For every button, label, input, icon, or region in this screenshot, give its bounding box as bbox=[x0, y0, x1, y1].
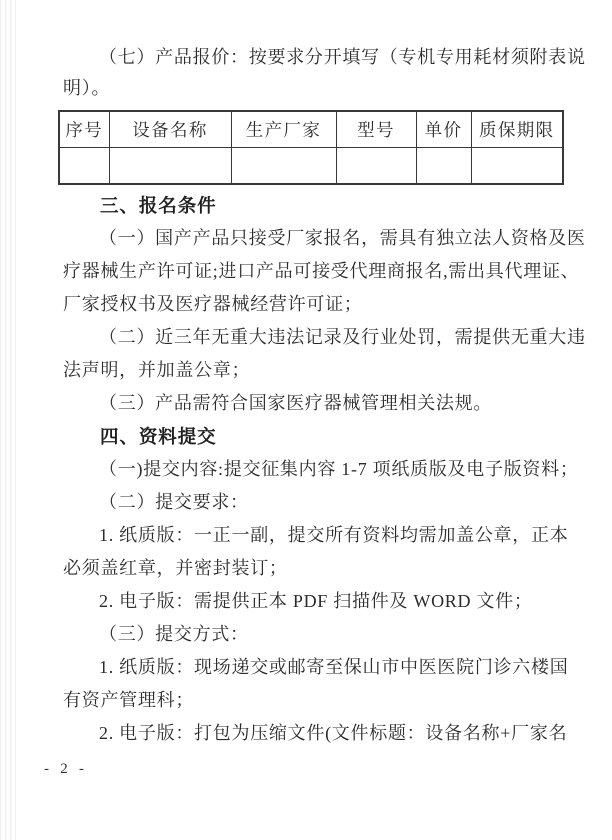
paragraph-line: 必须盖红章，并密封装订； bbox=[63, 552, 564, 585]
paragraph: 1. 纸质版：一正一副，提交所有资料均需加盖公章，正本 必须盖红章，并密封装订； bbox=[63, 519, 564, 585]
paragraph-line: （一）国产产品只接受厂家报名，需具有独立法人资格及医 bbox=[63, 222, 564, 255]
col-header-model: 型号 bbox=[336, 111, 416, 148]
paragraph-product-quote: （七）产品报价：按要求分开填写（专机专用耗材须附表说 明）。 bbox=[63, 42, 564, 104]
table-cell-empty bbox=[59, 148, 109, 185]
paragraph: （二）近三年无重大违法记录及行业处罚，需提供无重大违 法声明，并加盖公章； bbox=[63, 321, 564, 387]
document-page: （七）产品报价：按要求分开填写（专机专用耗材须附表说 明）。 序号 设备名称 生… bbox=[0, 0, 612, 840]
paragraph-line: 1. 纸质版：现场递交或邮寄至保山市中医医院门诊六楼国 bbox=[63, 651, 564, 684]
col-header-warranty: 质保期限 bbox=[471, 111, 563, 148]
table-cell-empty bbox=[471, 148, 563, 185]
paragraph-line: （一)提交内容:提交征集内容 1-7 项纸质版及电子版资料； bbox=[63, 453, 564, 486]
paragraph-line: 有资产管理科； bbox=[63, 684, 564, 717]
section-registration-conditions: 三、报名条件 （一）国产产品只接受厂家报名，需具有独立法人资格及医 疗器械生产许… bbox=[63, 189, 564, 420]
col-header-maker: 生产厂家 bbox=[231, 111, 336, 148]
col-header-device: 设备名称 bbox=[109, 111, 231, 148]
paragraph-line: 法声明，并加盖公章； bbox=[63, 354, 564, 387]
paragraph: 2. 电子版：需提供正本 PDF 扫描件及 WORD 文件； bbox=[63, 585, 564, 618]
equipment-quote-table: 序号 设备名称 生产厂家 型号 单价 质保期限 bbox=[58, 110, 564, 185]
paragraph-line: （二）提交要求： bbox=[63, 486, 564, 519]
page-number: - 2 - bbox=[44, 761, 88, 778]
paragraph: 1. 纸质版：现场递交或邮寄至保山市中医医院门诊六楼国 有资产管理科； bbox=[63, 651, 564, 717]
paragraph-line: （三）产品需符合国家医疗器械管理相关法规。 bbox=[63, 387, 564, 420]
section-material-submission: 四、资料提交 （一)提交内容:提交征集内容 1-7 项纸质版及电子版资料； （二… bbox=[63, 420, 564, 750]
paragraph-line: 厂家授权书及医疗器械经营许可证； bbox=[63, 288, 564, 321]
paragraph-line: （七）产品报价：按要求分开填写（专机专用耗材须附表说 bbox=[63, 42, 564, 73]
section-heading: 四、资料提交 bbox=[63, 420, 564, 453]
paragraph-line: 明）。 bbox=[63, 73, 564, 104]
table-cell-empty bbox=[336, 148, 416, 185]
col-header-seq: 序号 bbox=[59, 111, 109, 148]
paragraph-line: 1. 纸质版：一正一副，提交所有资料均需加盖公章，正本 bbox=[63, 519, 564, 552]
table-row bbox=[59, 148, 563, 185]
paragraph: （一)提交内容:提交征集内容 1-7 项纸质版及电子版资料； bbox=[63, 453, 564, 486]
paragraph: （一）国产产品只接受厂家报名，需具有独立法人资格及医 疗器械生产许可证;进口产品… bbox=[63, 222, 564, 321]
table-cell-empty bbox=[416, 148, 471, 185]
paragraph: （三）提交方式： bbox=[63, 618, 564, 651]
table-cell-empty bbox=[109, 148, 231, 185]
paragraph: 2. 电子版：打包为压缩文件(文件标题：设备名称+厂家名 bbox=[63, 717, 564, 750]
paragraph: （三）产品需符合国家医疗器械管理相关法规。 bbox=[63, 387, 564, 420]
paragraph-line: 2. 电子版：需提供正本 PDF 扫描件及 WORD 文件； bbox=[63, 585, 564, 618]
table-header-row: 序号 设备名称 生产厂家 型号 单价 质保期限 bbox=[59, 111, 563, 148]
col-header-unit-price: 单价 bbox=[416, 111, 471, 148]
paragraph: （二）提交要求： bbox=[63, 486, 564, 519]
section-heading: 三、报名条件 bbox=[63, 189, 564, 222]
paragraph-line: （二）近三年无重大违法记录及行业处罚，需提供无重大违 bbox=[63, 321, 564, 354]
paragraph-line: （三）提交方式： bbox=[63, 618, 564, 651]
paragraph-line: 2. 电子版：打包为压缩文件(文件标题：设备名称+厂家名 bbox=[63, 717, 564, 750]
paragraph-line: 疗器械生产许可证;进口产品可接受代理商报名,需出具代理证、 bbox=[63, 255, 564, 288]
table-cell-empty bbox=[231, 148, 336, 185]
